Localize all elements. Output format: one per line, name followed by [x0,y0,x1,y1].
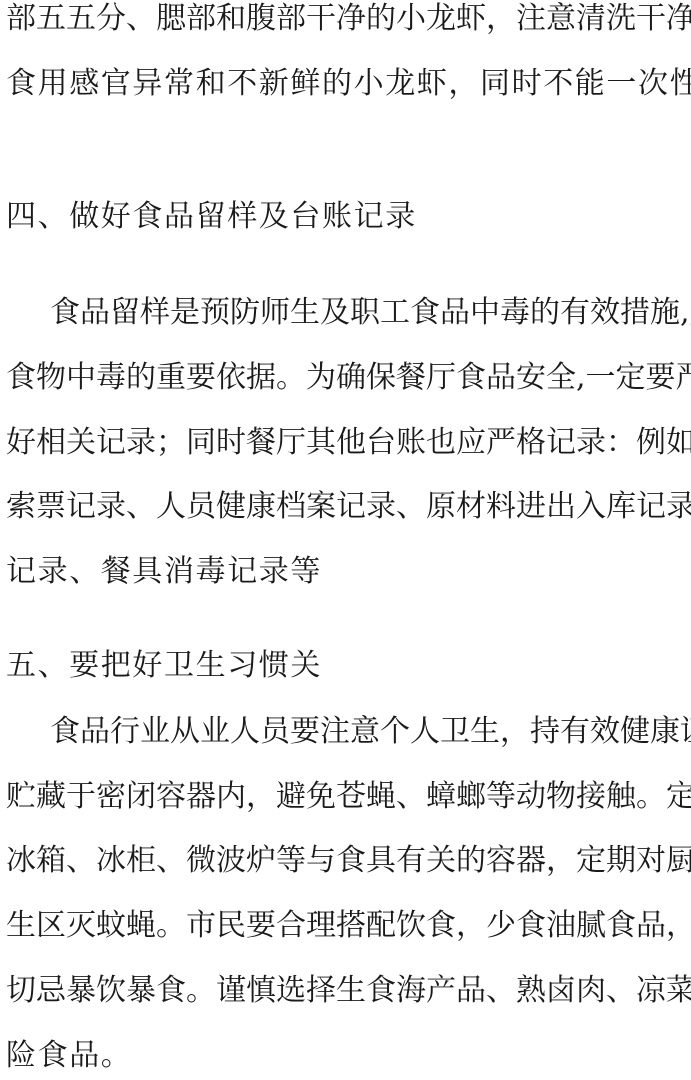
section5-para-line-2: 贮藏于密闭容器内，避免苍蝇、蟑螂等动物接触。定期清洗消毒碗柜、 [6,779,678,815]
section5-para-line-6: 险食品。 [6,1038,678,1074]
section4-para-line-3: 好相关记录；同时餐厅其他台账也应严格记录：例如：进货查验索证 [6,425,678,461]
section5-para-line-5: 切忌暴饮暴食。谨慎选择生食海产品、熟卤肉、凉菜冷食等夏季高风 [6,973,678,1009]
section3-line-1: 部五五分、腮部和腹部干净的小龙虾，注意清洗干净、煮熟煮透，不 [6,1,678,37]
section4-para-line-4: 索票记录、人员健康档案记录、原材料进出入库记录、废弃油脂处理 [6,489,678,525]
section4-heading: 四、做好食品留样及台账记录 [6,199,417,235]
section5-para-line-3: 冰箱、冰柜、微波炉等与食具有关的容器，定期对厨房餐厅及周围卫 [6,843,678,879]
section5-heading: 五、要把好卫生习惯关 [6,648,322,684]
section5-para-line-1: 食品行业从业人员要注意个人卫生，持有效健康证明上岗。食品 [50,714,678,750]
section4-para-line-1: 食品留样是预防师生及职工食品中毒的有效措施,是检验是否是 [50,295,678,331]
section4-para-line-5: 记录、餐具消毒记录等 [6,554,678,590]
document-page: 部五五分、腮部和腹部干净的小龙虾，注意清洗干净、煮熟煮透，不 食用感官异常和不新… [0,0,691,1080]
section3-line-2: 食用感官异常和不新鲜的小龙虾，同时不能一次性食用过多。 [6,66,678,102]
section5-para-line-4: 生区灭蚊蝇。市民要合理搭配饮食，少食油腻食品，适度食用冷饮， [6,908,678,944]
section4-para-line-2: 食物中毒的重要依据。为确保餐厅食品安全,一定要严格按照要求做 [6,360,678,396]
